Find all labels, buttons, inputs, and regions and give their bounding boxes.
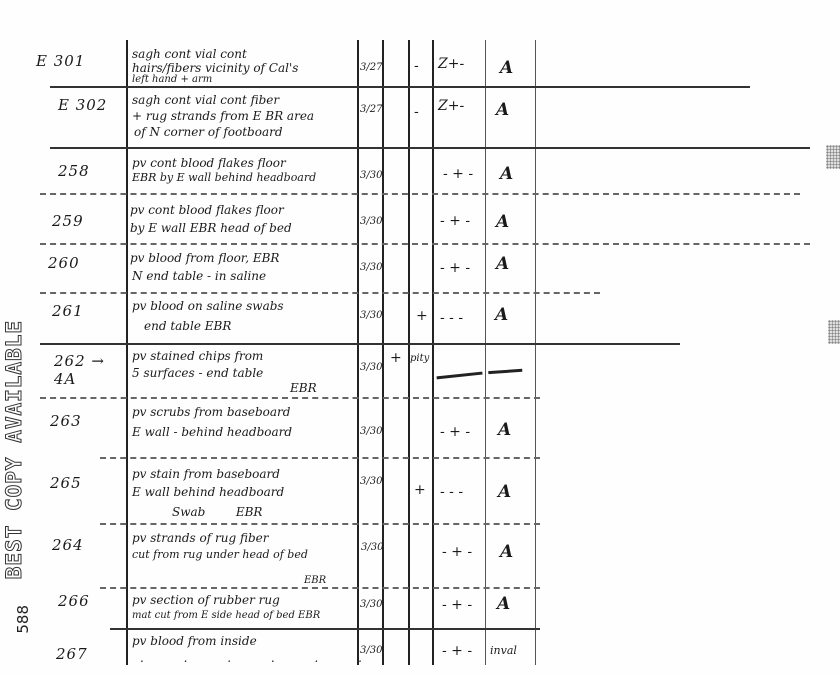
date: 3/30 [360, 362, 382, 373]
scan-artifact [828, 320, 840, 344]
description-line: EBR by E wall behind headboard [132, 171, 316, 186]
date: 3/30 [360, 170, 382, 181]
row-rule [50, 147, 810, 149]
result: - + - [442, 597, 472, 613]
evidence-id: 264 [52, 536, 84, 554]
description-line: of N corner of footboard [134, 124, 283, 140]
description-line: pv blood on saline swabs [132, 298, 284, 314]
date: 3/27 [360, 104, 382, 115]
column-rule-result-right [485, 40, 486, 665]
grade: A [500, 542, 513, 562]
row-rule [110, 628, 540, 630]
result: - + - [440, 424, 470, 440]
date: 3/30 [360, 599, 382, 610]
description-line: cut from rug under head of bed [132, 548, 308, 563]
evidence-id: 260 [48, 254, 80, 272]
evidence-id: 266 [58, 592, 90, 610]
date: 3/30 [360, 310, 382, 321]
grade: A [498, 420, 511, 440]
description-line: E wall behind headboard [132, 484, 284, 500]
description-line: pv blood from floor, EBR [130, 250, 279, 266]
evidence-id: 263 [50, 412, 82, 430]
evidence-id: 259 [52, 212, 84, 230]
grade: A [496, 212, 509, 232]
scan-artifact [826, 145, 840, 169]
result: - + - [443, 166, 473, 182]
description-line: . . . . . . [140, 650, 380, 666]
best-copy-stamp: BEST COPY AVAILABLE [2, 320, 26, 579]
result: - + - [442, 544, 472, 560]
evidence-id: 262 → 4A [54, 352, 114, 388]
description-line: sagh cont vial cont fiber [132, 92, 279, 108]
evidence-id: E 301 [36, 52, 85, 70]
result: - + - [440, 213, 470, 229]
evidence-id: E 302 [58, 96, 107, 114]
evidence-id: 267 [56, 645, 88, 663]
description-line: N end table - in saline [132, 268, 266, 284]
row-rule [40, 292, 600, 294]
description-line: pv section of rubber rug [132, 592, 280, 608]
column-rule-grade-right [535, 40, 536, 665]
date: 3/27 [360, 62, 382, 73]
date: 3/30 [360, 426, 382, 437]
description-line: 5 surfaces - end table [132, 365, 263, 381]
grade: A [497, 594, 510, 614]
result: Z+- [438, 56, 464, 72]
result-scribbled: [scribbled out] [435, 362, 482, 380]
row-rule [100, 457, 540, 459]
column-rule-date-right [382, 40, 384, 665]
row-rule [40, 343, 680, 345]
grade: A [500, 58, 513, 78]
col-a-mark: + [390, 350, 402, 366]
column-rule-description-left [126, 40, 128, 665]
col-b-mark: + [416, 308, 428, 324]
evidence-id: 258 [58, 162, 90, 180]
description-line: pv scrubs from baseboard [132, 404, 290, 420]
description-line: pv cont blood flakes floor [130, 202, 284, 218]
description-line: pv strands of rug fiber [132, 530, 269, 546]
grade: A [496, 254, 509, 274]
col-b-mark: + [414, 482, 426, 498]
description-line: end table EBR [144, 318, 231, 334]
row-rule [40, 397, 540, 399]
row-rule [40, 193, 800, 195]
evidence-id: 265 [50, 474, 82, 492]
grade: A [500, 164, 513, 184]
grade: A [496, 100, 509, 120]
col-b-mark: - [414, 58, 419, 74]
date: 3/30 [361, 542, 383, 553]
grade: A [498, 482, 511, 502]
row-rule [40, 243, 810, 245]
description-line: EBR [290, 380, 317, 396]
page-number: 588 [14, 605, 32, 634]
description-line: mat cut from E side head of bed EBR [132, 609, 320, 623]
description-line: pv stained chips from [132, 348, 263, 364]
result: - - - [440, 484, 463, 500]
column-rule-col-b-right [432, 40, 434, 665]
row-rule [100, 523, 540, 525]
description-line: pv stain from baseboard [132, 466, 280, 482]
description-line: + rug strands from E BR area [132, 108, 314, 124]
result: - + - [440, 260, 470, 276]
date: 3/30 [360, 216, 382, 227]
grade: A [495, 305, 508, 325]
grade: inval [490, 644, 517, 659]
col-b-mark: - [414, 104, 419, 120]
col-b-mark: pity [410, 352, 429, 366]
result: Z+- [438, 98, 464, 114]
description-line: pv blood from inside [132, 633, 257, 649]
description-line: Swab EBR [172, 504, 262, 520]
result: - + - [442, 643, 472, 659]
date: 3/30 [360, 476, 382, 487]
description-line: E wall - behind headboard [132, 424, 292, 440]
result: - - - [440, 310, 463, 326]
description-line: EBR [304, 574, 326, 588]
description-line: by E wall EBR head of bed [130, 220, 292, 236]
description-line: left hand + arm [132, 73, 212, 87]
date: 3/30 [360, 645, 382, 656]
grade-scribbled: [scribbled out] [488, 361, 523, 374]
date: 3/30 [360, 262, 382, 273]
column-rule-date-left [357, 40, 359, 665]
description-line: pv cont blood flakes floor [132, 155, 286, 171]
evidence-id: 261 [52, 302, 84, 320]
